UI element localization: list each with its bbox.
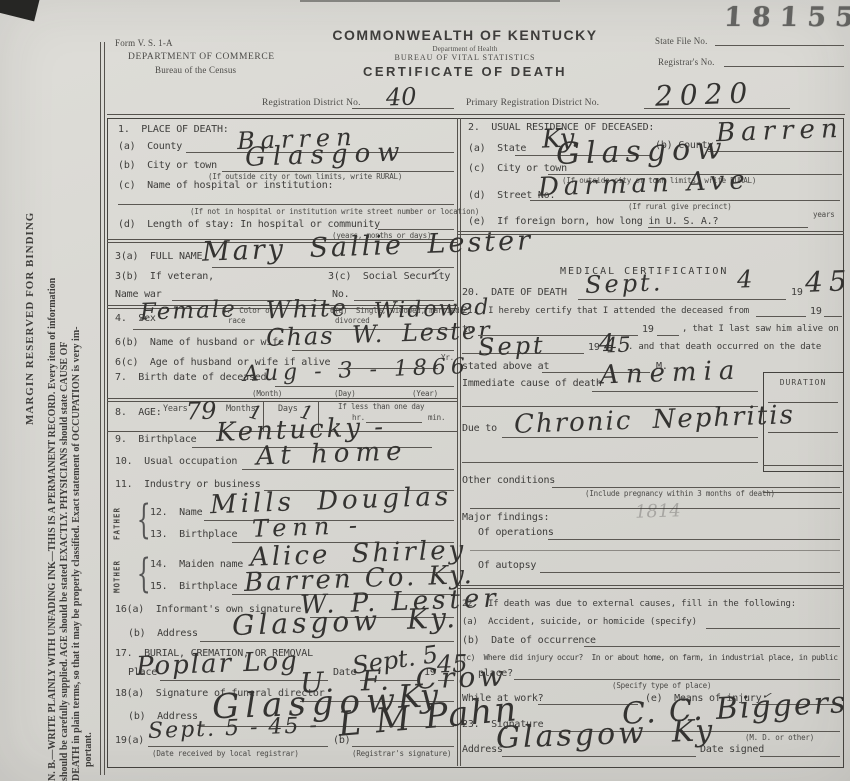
spouse-label: 6(b) Name of husband or wife bbox=[115, 337, 284, 348]
section21-rule-a bbox=[458, 585, 844, 586]
injury-where-label: (c) Where did injury occur? In or about … bbox=[462, 653, 838, 662]
certify-19b-line bbox=[657, 335, 679, 336]
age-days-label: Days bbox=[278, 404, 298, 414]
registrar-sig-line bbox=[352, 746, 454, 747]
certify-19a-line bbox=[824, 316, 842, 317]
section21-rule-b bbox=[458, 588, 844, 589]
dod-19: 19 bbox=[791, 287, 803, 298]
ss-checkmark: ✓ bbox=[429, 265, 441, 279]
accident-label: (a) Accident, suicide, or homicide (spec… bbox=[462, 617, 697, 627]
duration-label: DURATION bbox=[766, 378, 840, 387]
operations-line bbox=[548, 539, 840, 540]
findings-label: Major findings: bbox=[462, 512, 549, 523]
place-city-label: (b) City or town bbox=[118, 160, 217, 171]
injury-place-label: place? bbox=[478, 668, 513, 679]
death-certificate-scan: 18155 MARGIN RESERVED FOR BINDING N. B.—… bbox=[0, 0, 850, 781]
dod-value: Sept. 4 bbox=[585, 267, 756, 297]
occupation-value: At home bbox=[256, 438, 408, 469]
physician-sig-note: (M. D. or other) bbox=[745, 733, 814, 742]
age-years-value: 79 bbox=[186, 398, 217, 423]
residence-state-label: (a) State bbox=[468, 143, 526, 154]
place-of-death-title: 1. PLACE OF DEATH: bbox=[118, 124, 229, 135]
registrar-no-line bbox=[724, 66, 844, 67]
informant-addr-label: (b) Address bbox=[128, 628, 198, 639]
occurred-label: . and that death occurred on the date bbox=[628, 342, 821, 352]
file-number-stamp: 18155 bbox=[723, 2, 850, 33]
place-stay-label: (d) Length of stay: In hospital or commu… bbox=[118, 219, 380, 230]
place-hospital-note: (If not in hospital or institution write… bbox=[190, 207, 479, 216]
injury-place-note: (Specify type of place) bbox=[612, 681, 711, 690]
margin-nb-line1: N. B.—WRITE PLAINLY WITH UNFADING INK—TH… bbox=[47, 171, 59, 781]
reg-district-label: Registration District No. bbox=[262, 98, 361, 108]
residence-years-label: years bbox=[813, 210, 835, 219]
registrar-no-label: Registrar's No. bbox=[658, 57, 715, 67]
injury-place-line bbox=[514, 679, 840, 680]
dept-health: Department of Health bbox=[325, 45, 605, 53]
place-county-label: (a) County bbox=[118, 141, 182, 152]
scan-corner-mark bbox=[0, 0, 40, 21]
certify-19a: 19 bbox=[810, 306, 822, 317]
race-label-2: race bbox=[228, 316, 245, 325]
cause-value: Anemia bbox=[600, 358, 742, 389]
father-brace: { bbox=[137, 497, 151, 543]
father-name-label: 12. Name bbox=[150, 507, 202, 518]
fullname-label: 3(a) FULL NAME bbox=[115, 251, 202, 262]
datesigned-label: Date signed bbox=[700, 744, 764, 755]
registrar-note: (Registrar's signature) bbox=[352, 749, 451, 758]
reg-district-value: 40 bbox=[386, 84, 417, 109]
physician-addr-line bbox=[502, 756, 696, 757]
burial-place-value: Poplar Log bbox=[136, 648, 300, 680]
dod-label: 20. DATE OF DEATH bbox=[462, 287, 567, 298]
certificate-title: CERTIFICATE OF DEATH bbox=[325, 64, 605, 79]
other-note: (Include pregnancy within 3 months of de… bbox=[585, 489, 775, 498]
residence-foreign-line bbox=[648, 227, 808, 228]
margin-nb-line3: DEATH in plain terms, so that it may be … bbox=[71, 171, 83, 781]
occurrence-label: (b) Date of occurrence bbox=[462, 635, 596, 646]
autopsy-label: Of autopsy bbox=[478, 560, 536, 571]
commonwealth-title: COMMONWEALTH OF KENTUCKY bbox=[325, 27, 605, 43]
less-day-label: If less than one day bbox=[338, 402, 424, 411]
section2-rule-b bbox=[458, 234, 844, 235]
residence-street-value: Darman Ave bbox=[538, 167, 751, 200]
age-years-label: Years bbox=[163, 404, 188, 414]
certify-line: 21. I hereby certify that I attended the… bbox=[462, 306, 749, 316]
residence-county-value: Barren bbox=[716, 116, 844, 146]
mother-group-label: MOTHER bbox=[113, 555, 122, 599]
place-hospital-line bbox=[118, 204, 454, 205]
accident-line bbox=[706, 628, 840, 629]
father-group-label: FATHER bbox=[113, 502, 122, 546]
binding-rule-inner bbox=[104, 42, 105, 775]
work-label: While at work? bbox=[462, 693, 544, 704]
spouse-value: Chas W. Lester bbox=[266, 318, 492, 350]
residence-foreign-label: (e) If foreign born, how long in U. S. A… bbox=[468, 216, 718, 227]
residence-city-value: Glasgow bbox=[556, 134, 729, 170]
certify-19b: 19 bbox=[642, 324, 654, 335]
place-city-value: Glasgow bbox=[245, 139, 407, 171]
section2-rule-a bbox=[458, 231, 844, 232]
dueto-label: Due to bbox=[462, 423, 497, 434]
cause-label: Immediate cause of death bbox=[462, 378, 602, 389]
bureau-vital: BUREAU OF VITAL STATISTICS bbox=[325, 53, 605, 62]
month-label: (Month) bbox=[252, 389, 282, 398]
datesigned-line bbox=[760, 756, 840, 757]
physician-addr-value: Glasgow Ky bbox=[496, 716, 716, 754]
mother-name-label: 14. Maiden name bbox=[150, 559, 243, 570]
birthdate-line bbox=[275, 386, 454, 387]
duration-line-2 bbox=[768, 432, 838, 433]
margin-nb-line4: portant. bbox=[83, 171, 95, 781]
fullname-line bbox=[212, 267, 454, 268]
min-label: min. bbox=[428, 413, 445, 422]
day-label: (Day) bbox=[334, 389, 356, 398]
form-number: Form V. S. 1-A bbox=[115, 38, 173, 48]
stated-label: stated above at bbox=[462, 361, 549, 372]
occurrence-line bbox=[584, 646, 840, 647]
received-label: 19(a) bbox=[115, 735, 144, 746]
place-hospital-label: (c) Name of hospital or institution: bbox=[118, 180, 333, 191]
veteran-label: 3(b) If veteran, bbox=[115, 271, 214, 282]
autopsy-line bbox=[540, 572, 840, 573]
box-top-outer-rule bbox=[107, 114, 845, 115]
bureau-census: Bureau of the Census bbox=[155, 65, 236, 75]
dod-line bbox=[578, 299, 786, 300]
state-file-label: State File No. bbox=[655, 36, 708, 46]
faint-bleedthrough-mark: 1814 bbox=[635, 502, 681, 522]
residence-county-line bbox=[708, 151, 842, 152]
primary-reg-value: 2020 bbox=[655, 79, 755, 110]
occupation-label: 10. Usual occupation bbox=[115, 456, 237, 467]
alive-year: 45 bbox=[604, 335, 631, 357]
age-label: 8. AGE: bbox=[115, 407, 162, 418]
dept-commerce: DEPARTMENT OF COMMERCE bbox=[128, 52, 275, 62]
birthplace-label: 9. Birthplace bbox=[115, 434, 197, 445]
operations-label: Of operations bbox=[478, 527, 554, 538]
primary-reg-label: Primary Registration District No. bbox=[466, 98, 599, 108]
father-birthplace-value: Tenn - bbox=[252, 513, 364, 541]
findings-mid-line bbox=[470, 550, 840, 551]
section7-rule-a bbox=[107, 398, 457, 399]
to-label: to bbox=[462, 324, 474, 335]
cause-line bbox=[592, 391, 758, 392]
received-line bbox=[148, 746, 328, 747]
mother-birthplace-label: 15. Birthplace bbox=[150, 581, 237, 592]
alive-label: , that I last saw him alive on bbox=[682, 324, 839, 334]
year-label: (Year) bbox=[412, 389, 438, 398]
external-causes-label: 22. If death was due to external causes,… bbox=[462, 599, 796, 609]
margin-nb-line2: should be carefully supplied. AGE should… bbox=[59, 171, 71, 781]
state-file-line bbox=[715, 45, 844, 46]
scan-edge-mark bbox=[300, 0, 560, 2]
binding-rule-outer bbox=[100, 42, 101, 775]
informant-addr-value: Glasgow Ky. bbox=[232, 604, 460, 640]
margin-binding-text: MARGIN RESERVED FOR BINDING bbox=[24, 241, 36, 425]
residence-street-note: (If rural give precinct) bbox=[628, 202, 732, 211]
duration-line-3 bbox=[763, 465, 842, 466]
received-value: Sept. 5 - 45 - bbox=[148, 715, 320, 743]
margin-nb-note: N. B.—WRITE PLAINLY WITH UNFADING INK—TH… bbox=[47, 171, 97, 781]
certify-from-line bbox=[756, 316, 806, 317]
father-birthplace-label: 13. Birthplace bbox=[150, 529, 237, 540]
received-note: (Date received by local registrar) bbox=[152, 749, 299, 758]
other-line bbox=[552, 487, 840, 488]
dod-year: 45 bbox=[805, 267, 850, 297]
other-label: Other conditions bbox=[462, 475, 555, 486]
certify-19c: 19 bbox=[588, 342, 600, 353]
dueto-empty-line bbox=[462, 462, 758, 463]
mother-brace: { bbox=[137, 551, 151, 597]
